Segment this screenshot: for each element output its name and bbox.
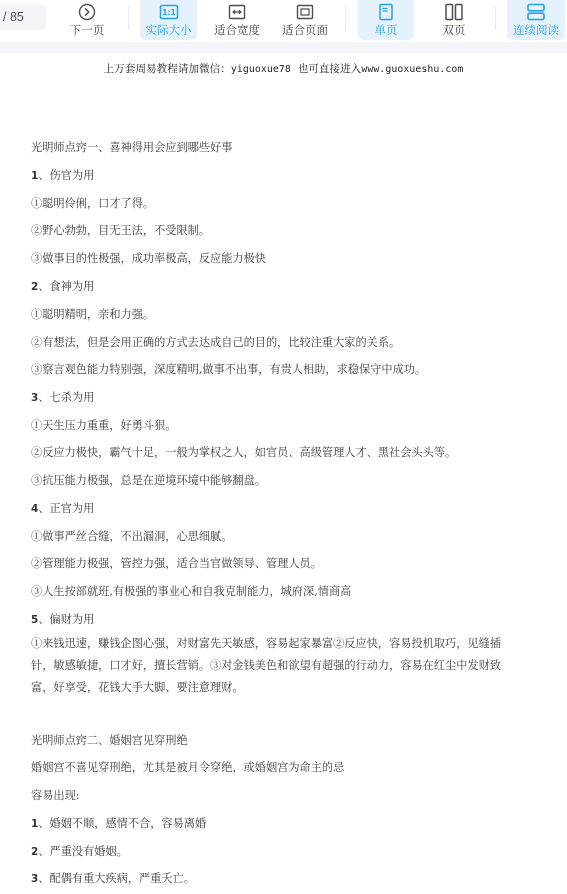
item-point: ③做事目的性极强，成功率极高，反应能力极快 — [31, 250, 266, 266]
item-point: ③抗压能力极强，总是在逆境环境中能够翻盘。 — [31, 472, 266, 488]
section-intro: 婚姻宫不喜见穿刑绝，尤其是被月令穿绝，或婚姻宫为命主的忌 — [31, 759, 344, 775]
header-wechat-id: yiguoxue78 — [231, 64, 291, 75]
double-page-label: 双页 — [443, 23, 466, 37]
actual-size-button[interactable]: 1:1 实际大小 — [140, 0, 197, 40]
section-title: 光明师点窍一、喜神得用会应到哪些好事 — [31, 139, 232, 155]
single-page-button[interactable]: 单页 — [358, 0, 414, 40]
item-heading: 5、偏财为用 — [31, 611, 94, 627]
list-item: 3、配偶有重大疾病，严重夭亡。 — [31, 870, 195, 886]
item-point: ③察言观色能力特别强，深度精明,做事不出事，有贵人相助，求稳保守中成功。 — [31, 361, 426, 377]
toolbar-divider — [495, 6, 496, 30]
continuous-read-label: 连续阅读 — [513, 23, 559, 37]
list-item: 1、婚姻不顺，感情不合，容易离婚 — [31, 815, 206, 831]
continuous-read-icon — [526, 2, 546, 22]
single-page-label: 单页 — [375, 23, 398, 37]
one-to-one-icon: 1:1 — [159, 2, 179, 22]
page-total-label: / 85 — [3, 10, 24, 24]
toolbar-divider — [345, 6, 346, 30]
fit-width-label: 适合宽度 — [214, 23, 260, 37]
item-point: ①聪明伶俐，口才了得。 — [31, 195, 154, 211]
item-heading: 1、伤官为用 — [31, 167, 94, 183]
toolbar-divider — [128, 6, 129, 30]
fit-page-label: 适合页面 — [282, 23, 328, 37]
list-item: 2、严重没有婚姻。 — [31, 843, 128, 859]
actual-size-label: 实际大小 — [146, 23, 192, 37]
item-heading: 3、七杀为用 — [31, 389, 94, 405]
page-number-input[interactable]: / 85 — [0, 4, 46, 30]
item-point: ②野心勃勃，目无王法，不受限制。 — [31, 222, 210, 238]
item-paragraph: ①来钱迅速，赚钱企图心强，对财富先天敏感，容易起家暴富②反应快，容易投机取巧，见… — [31, 633, 501, 699]
item-point: ①聪明精明，亲和力强。 — [31, 306, 154, 322]
reader-toolbar: / 85 下一页 1:1 实际大小 适合宽度 — [0, 0, 567, 42]
fit-width-icon — [228, 2, 246, 22]
fit-width-button[interactable]: 适合宽度 — [209, 0, 265, 40]
item-point: ①天生压力重重，好勇斗狠。 — [31, 417, 176, 433]
item-point: ②管理能力极强，管控力强，适合当官做领导、管理人员。 — [31, 555, 322, 571]
section-title: 光明师点窍二、婚姻宫见穿刑绝 — [31, 732, 188, 748]
single-page-icon — [378, 2, 394, 22]
svg-text:1:1: 1:1 — [162, 8, 175, 17]
prone-label: 容易出现: — [31, 787, 80, 803]
document-page: 上万套周易教程请加微信：yiguoxue78 也可直接进入www.guoxues… — [0, 53, 567, 894]
item-point: ①做事严丝合缝，不出漏洞，心思细腻。 — [31, 528, 232, 544]
next-page-label: 下一页 — [70, 23, 105, 37]
fit-page-button[interactable]: 适合页面 — [277, 0, 333, 40]
toolbar-page-gap — [0, 42, 567, 53]
header-middle: 也可直接进入 — [291, 63, 361, 75]
chevron-right-circle-icon — [78, 2, 96, 22]
item-heading: 2、食神为用 — [31, 278, 94, 294]
header-url: www.guoxueshu.com — [361, 64, 463, 75]
next-page-button[interactable]: 下一页 — [62, 0, 112, 40]
item-point: ③人生按部就班,有极强的事业心和自我克制能力，城府深,情商高 — [31, 583, 351, 599]
item-point: ②有想法，但是会用正确的方式去达成自己的目的，比较注重大家的关系。 — [31, 334, 400, 350]
continuous-read-button[interactable]: 连续阅读 — [507, 0, 565, 40]
double-page-button[interactable]: 双页 — [426, 0, 482, 40]
page-header: 上万套周易教程请加微信：yiguoxue78 也可直接进入www.guoxues… — [0, 61, 567, 76]
item-point: ②反应力极快，霸气十足，一般为掌权之人，如官员、高级管理人才、黑社会头头等。 — [31, 444, 456, 460]
fit-page-icon — [296, 2, 314, 22]
double-page-icon — [444, 2, 464, 22]
item-heading: 4、正官为用 — [31, 500, 94, 516]
header-prefix: 上万套周易教程请加微信： — [104, 63, 231, 75]
